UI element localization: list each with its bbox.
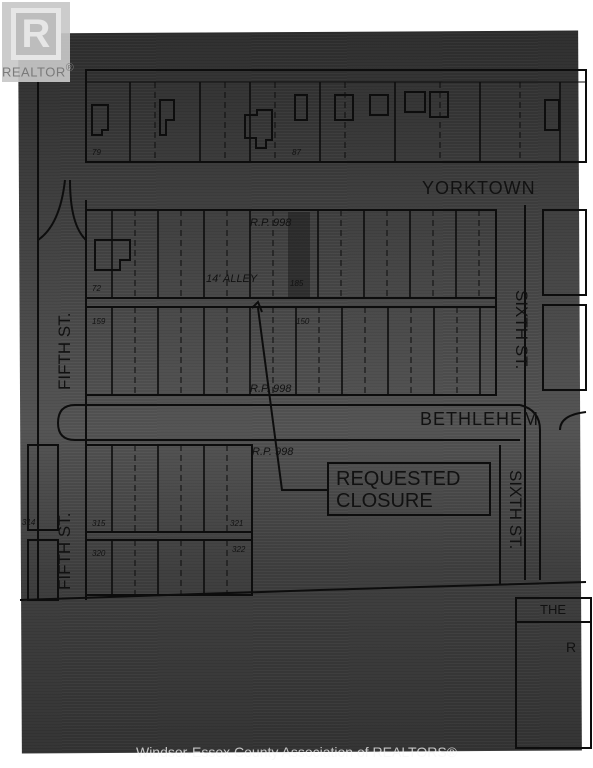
partial-label: R bbox=[566, 639, 576, 655]
plan-label: R.P. 998 bbox=[250, 217, 292, 229]
realtor-logo-text: REALTOR® bbox=[2, 62, 70, 79]
lot-number: 315 bbox=[92, 519, 106, 528]
callout-line-2: CLOSURE bbox=[336, 490, 433, 512]
street-label-sixth-south: SIXTH ST. bbox=[506, 470, 525, 549]
lot-number: 87 bbox=[292, 148, 301, 157]
realtor-wordmark: REALTOR bbox=[2, 64, 66, 79]
lot-number: 185 bbox=[290, 279, 304, 288]
lot-number: 159 bbox=[92, 317, 106, 326]
lot-number: 79 bbox=[92, 148, 101, 157]
plan-label: R.P. 998 bbox=[250, 383, 292, 395]
street-label-yorktown: YORKTOWN bbox=[422, 178, 536, 198]
street-label-sixth-north: SIXTH ST. bbox=[512, 290, 531, 369]
lot-number: 320 bbox=[92, 549, 106, 558]
lot-number: 150 bbox=[296, 317, 310, 326]
street-label-bethlehem: BETHLEHEM bbox=[420, 409, 539, 429]
lot-number: 322 bbox=[232, 545, 246, 554]
street-label-fifth-south: FIFTH ST. bbox=[55, 513, 74, 590]
association-watermark: Windsor-Essex County Association of REAL… bbox=[0, 744, 593, 760]
partial-label: THE bbox=[540, 602, 566, 617]
survey-map: YORKTOWN BETHLEHEM FIFTH ST. FIFTH ST. S… bbox=[0, 0, 593, 768]
lot-number: 314 bbox=[22, 518, 36, 527]
registered-mark: ® bbox=[66, 62, 74, 74]
plan-label: R.P. 998 bbox=[252, 446, 294, 458]
lot-number: 72 bbox=[92, 284, 101, 293]
street-label-fifth-north: FIFTH ST. bbox=[55, 313, 74, 390]
alley-label: 14' ALLEY bbox=[206, 273, 258, 285]
callout-line-1: REQUESTED bbox=[336, 468, 460, 490]
lot-number: 321 bbox=[230, 519, 243, 528]
realtor-r-icon: R bbox=[11, 8, 61, 60]
realtor-logo: R REALTOR® bbox=[2, 2, 70, 82]
